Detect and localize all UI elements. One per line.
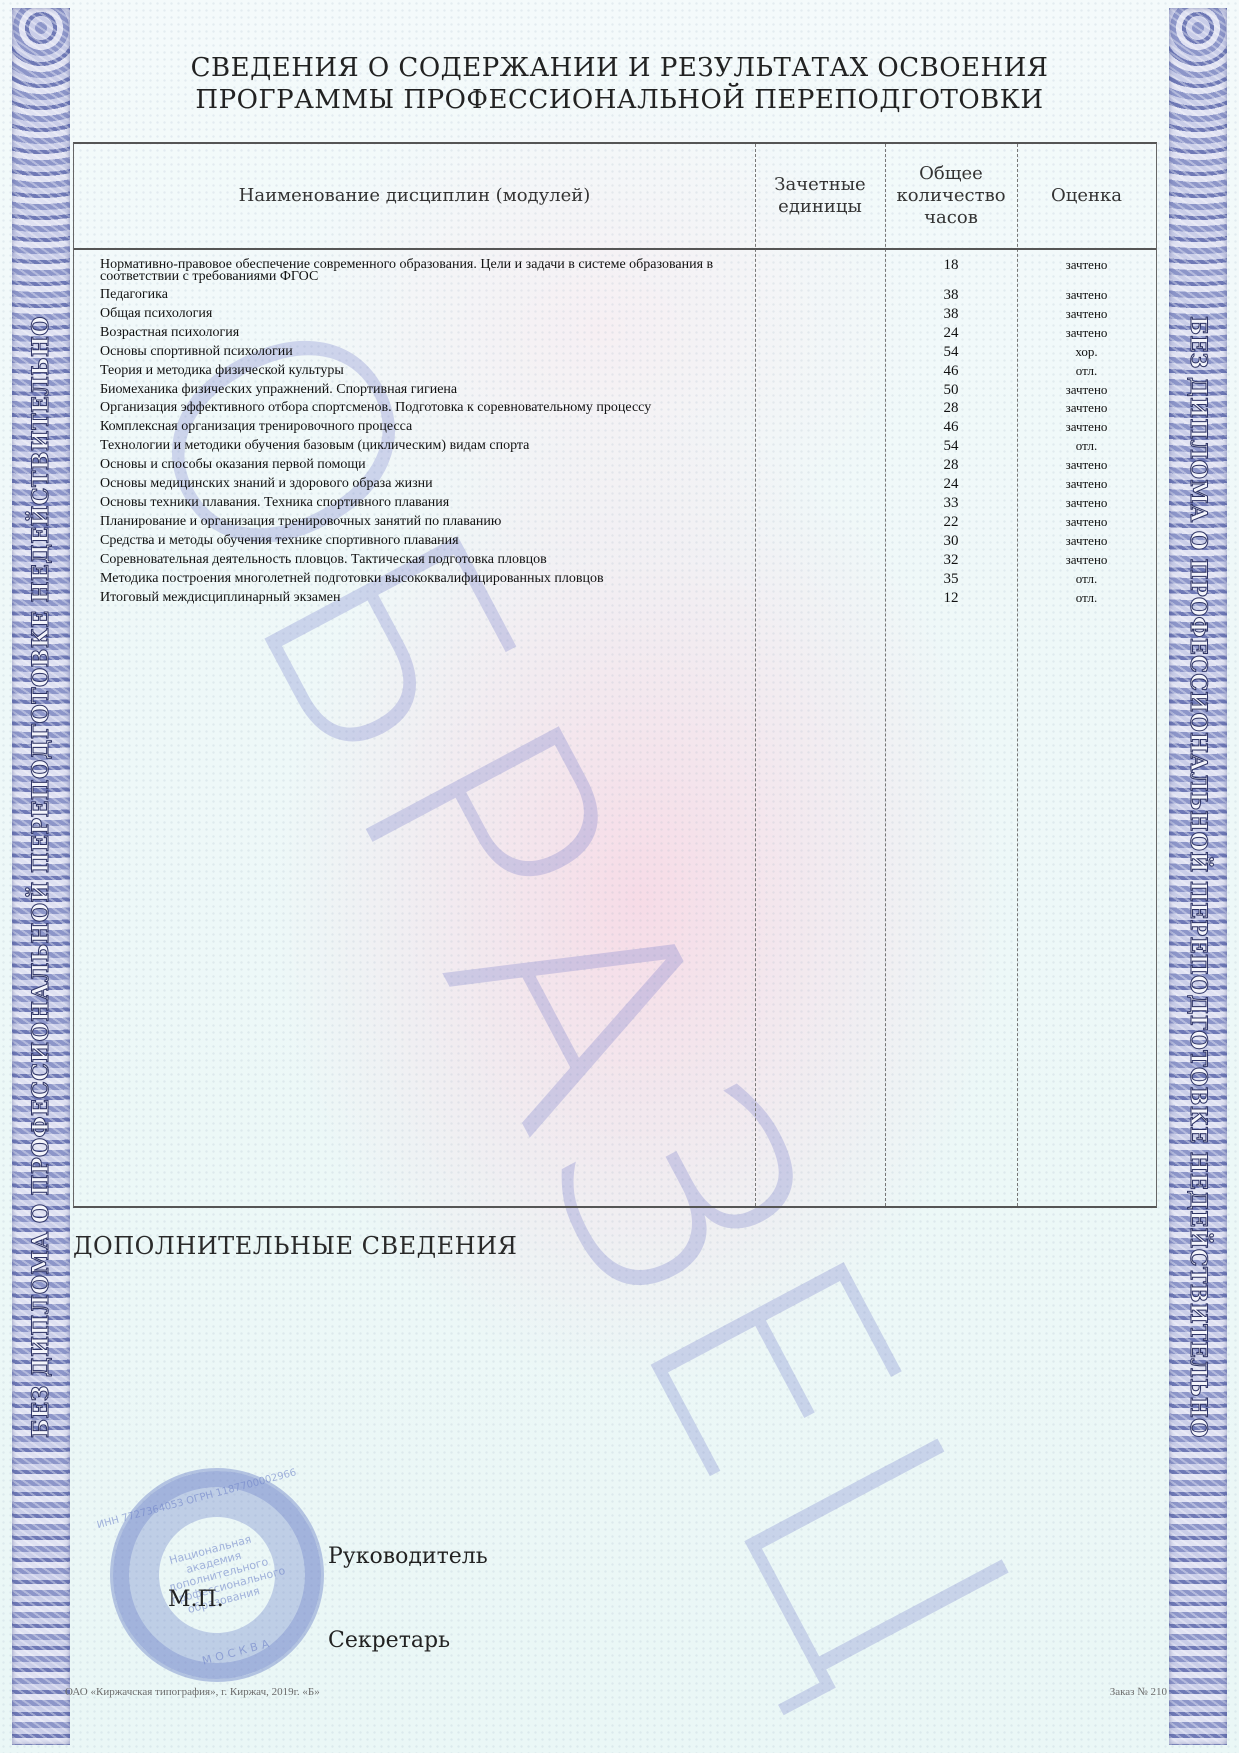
discipline-name: Технологии и методики обучения базовым (…: [74, 437, 755, 456]
printer-imprint: ОАО «Киржачская типография», г. Киржач, …: [65, 1686, 320, 1698]
discipline-name: Основы техники плавания. Техника спортив…: [74, 494, 755, 513]
table-row: Итоговый междисциплинарный экзамен12отл.: [74, 589, 1156, 608]
discipline-name: Основы и способы оказания первой помощи: [74, 456, 755, 475]
grade-value: зачтено: [1017, 551, 1156, 570]
title-line-2: ПРОГРАММЫ ПРОФЕССИОНАЛЬНОЙ ПЕРЕПОДГОТОВК…: [0, 84, 1239, 116]
discipline-name: Комплексная организация тренировочного п…: [74, 418, 755, 437]
table-body: Нормативно-правовое обеспечение современ…: [74, 256, 1156, 607]
hours-value: 54: [885, 437, 1017, 456]
credits-value: [755, 305, 885, 324]
hours-value: 24: [885, 324, 1017, 343]
credits-value: [755, 343, 885, 362]
hours-value: 38: [885, 305, 1017, 324]
header-credits: Зачетные единицы: [755, 144, 885, 248]
hours-value: 46: [885, 418, 1017, 437]
grade-value: хор.: [1017, 343, 1156, 362]
credits-value: [755, 551, 885, 570]
secretary-signature-label: Секретарь: [328, 1628, 450, 1653]
border-validity-text: БЕЗ ДИПЛОМА О ПРОФЕССИОНАЛЬНОЙ ПЕРЕПОДГО…: [28, 316, 54, 1438]
title-line-1: СВЕДЕНИЯ О СОДЕРЖАНИИ И РЕЗУЛЬТАТАХ ОСВО…: [0, 52, 1239, 84]
discipline-name: Возрастная психология: [74, 324, 755, 343]
grade-value: зачтено: [1017, 305, 1156, 324]
head-signature-label: Руководитель: [328, 1544, 488, 1569]
credits-value: [755, 418, 885, 437]
grade-value: зачтено: [1017, 399, 1156, 418]
table-row: Общая психология38зачтено: [74, 305, 1156, 324]
grade-value: зачтено: [1017, 256, 1156, 286]
decorative-border-right: БЕЗ ДИПЛОМА О ПРОФЕССИОНАЛЬНОЙ ПЕРЕПОДГО…: [1169, 8, 1227, 1745]
stamp-city: МОСКВА: [135, 1619, 339, 1685]
grade-value: отл.: [1017, 589, 1156, 608]
grade-value: зачтено: [1017, 494, 1156, 513]
discipline-name: Основы медицинских знаний и здорового об…: [74, 475, 755, 494]
discipline-name: Итоговый междисциплинарный экзамен: [74, 589, 755, 608]
stamp-place-label: М.П.: [168, 1587, 224, 1612]
credits-value: [755, 589, 885, 608]
header-grade: Оценка: [1017, 144, 1156, 248]
hours-value: 38: [885, 286, 1017, 305]
hours-value: 28: [885, 456, 1017, 475]
hours-value: 46: [885, 362, 1017, 381]
table-row: Технологии и методики обучения базовым (…: [74, 437, 1156, 456]
credits-value: [755, 513, 885, 532]
hours-value: 33: [885, 494, 1017, 513]
additional-info-title: ДОПОЛНИТЕЛЬНЫЕ СВЕДЕНИЯ: [73, 1232, 517, 1260]
grade-value: зачтено: [1017, 532, 1156, 551]
border-validity-text: БЕЗ ДИПЛОМА О ПРОФЕССИОНАЛЬНОЙ ПЕРЕПОДГО…: [1185, 316, 1211, 1438]
header-hours-line: Общее: [896, 163, 1005, 185]
credits-value: [755, 286, 885, 305]
discipline-name: Общая психология: [74, 305, 755, 324]
hours-value: 54: [885, 343, 1017, 362]
discipline-name: Планирование и организация тренировочных…: [74, 513, 755, 532]
header-credits-line: единицы: [774, 196, 865, 218]
header-discipline-name: Наименование дисциплин (модулей): [74, 144, 755, 248]
stamp-registration-text: ИНН 7727364053 ОГРН 1187700002966: [95, 1467, 299, 1531]
credits-value: [755, 324, 885, 343]
official-stamp: ИНН 7727364053 ОГРН 1187700002966 Национ…: [86, 1444, 348, 1706]
discipline-name: Основы спортивной психологии: [74, 343, 755, 362]
table-row: Педагогика38зачтено: [74, 286, 1156, 305]
page-title: СВЕДЕНИЯ О СОДЕРЖАНИИ И РЕЗУЛЬТАТАХ ОСВО…: [0, 52, 1239, 116]
table-row: Соревновательная деятельность пловцов. Т…: [74, 551, 1156, 570]
discipline-name: Соревновательная деятельность пловцов. Т…: [74, 551, 755, 570]
table-row: Комплексная организация тренировочного п…: [74, 418, 1156, 437]
table-row: Нормативно-правовое обеспечение современ…: [74, 256, 1156, 286]
credits-value: [755, 362, 885, 381]
discipline-name: Биомеханика физических упражнений. Спорт…: [74, 381, 755, 400]
hours-value: 24: [885, 475, 1017, 494]
discipline-name: Педагогика: [74, 286, 755, 305]
header-hours-line: количество: [896, 185, 1005, 207]
grade-value: зачтено: [1017, 324, 1156, 343]
credits-value: [755, 456, 885, 475]
discipline-name: Средства и методы обучения технике спорт…: [74, 532, 755, 551]
hours-value: 28: [885, 399, 1017, 418]
discipline-name: Методика построения многолетней подготов…: [74, 570, 755, 589]
header-hours-line: часов: [896, 207, 1005, 229]
hours-value: 18: [885, 256, 1017, 286]
table-row: Возрастная психология24зачтено: [74, 324, 1156, 343]
credits-value: [755, 399, 885, 418]
grade-value: зачтено: [1017, 513, 1156, 532]
table-row: Основы и способы оказания первой помощи2…: [74, 456, 1156, 475]
credits-value: [755, 256, 885, 286]
table-row: Основы медицинских знаний и здорового об…: [74, 475, 1156, 494]
grade-value: зачтено: [1017, 418, 1156, 437]
credits-value: [755, 475, 885, 494]
header-credits-line: Зачетные: [774, 174, 865, 196]
discipline-name: Теория и методика физической культуры: [74, 362, 755, 381]
credits-value: [755, 570, 885, 589]
hours-value: 32: [885, 551, 1017, 570]
grade-value: отл.: [1017, 570, 1156, 589]
credits-value: [755, 437, 885, 456]
table-row: Методика построения многолетней подготов…: [74, 570, 1156, 589]
table-row: Теория и методика физической культуры46о…: [74, 362, 1156, 381]
hours-value: 22: [885, 513, 1017, 532]
hours-value: 50: [885, 381, 1017, 400]
table-row: Организация эффективного отбора спортсме…: [74, 399, 1156, 418]
credits-value: [755, 494, 885, 513]
credits-value: [755, 381, 885, 400]
table-row: Биомеханика физических упражнений. Спорт…: [74, 381, 1156, 400]
discipline-name: Нормативно-правовое обеспечение современ…: [74, 256, 755, 286]
table-row: Основы техники плавания. Техника спортив…: [74, 494, 1156, 513]
header-total-hours: Общее количество часов: [885, 144, 1017, 248]
decorative-border-left: БЕЗ ДИПЛОМА О ПРОФЕССИОНАЛЬНОЙ ПЕРЕПОДГО…: [12, 8, 70, 1745]
order-number: Заказ № 210: [1110, 1686, 1167, 1698]
credits-value: [755, 532, 885, 551]
hours-value: 35: [885, 570, 1017, 589]
grade-value: зачтено: [1017, 475, 1156, 494]
grade-value: отл.: [1017, 362, 1156, 381]
hours-value: 12: [885, 589, 1017, 608]
table-row: Планирование и организация тренировочных…: [74, 513, 1156, 532]
disciplines-table: Наименование дисциплин (модулей) Зачетны…: [73, 142, 1157, 1208]
grade-value: отл.: [1017, 437, 1156, 456]
grade-value: зачтено: [1017, 456, 1156, 475]
hours-value: 30: [885, 532, 1017, 551]
table-row: Основы спортивной психологии54хор.: [74, 343, 1156, 362]
discipline-name: Организация эффективного отбора спортсме…: [74, 399, 755, 418]
table-header: Наименование дисциплин (модулей) Зачетны…: [74, 144, 1156, 250]
table-row: Средства и методы обучения технике спорт…: [74, 532, 1156, 551]
grade-value: зачтено: [1017, 381, 1156, 400]
grade-value: зачтено: [1017, 286, 1156, 305]
